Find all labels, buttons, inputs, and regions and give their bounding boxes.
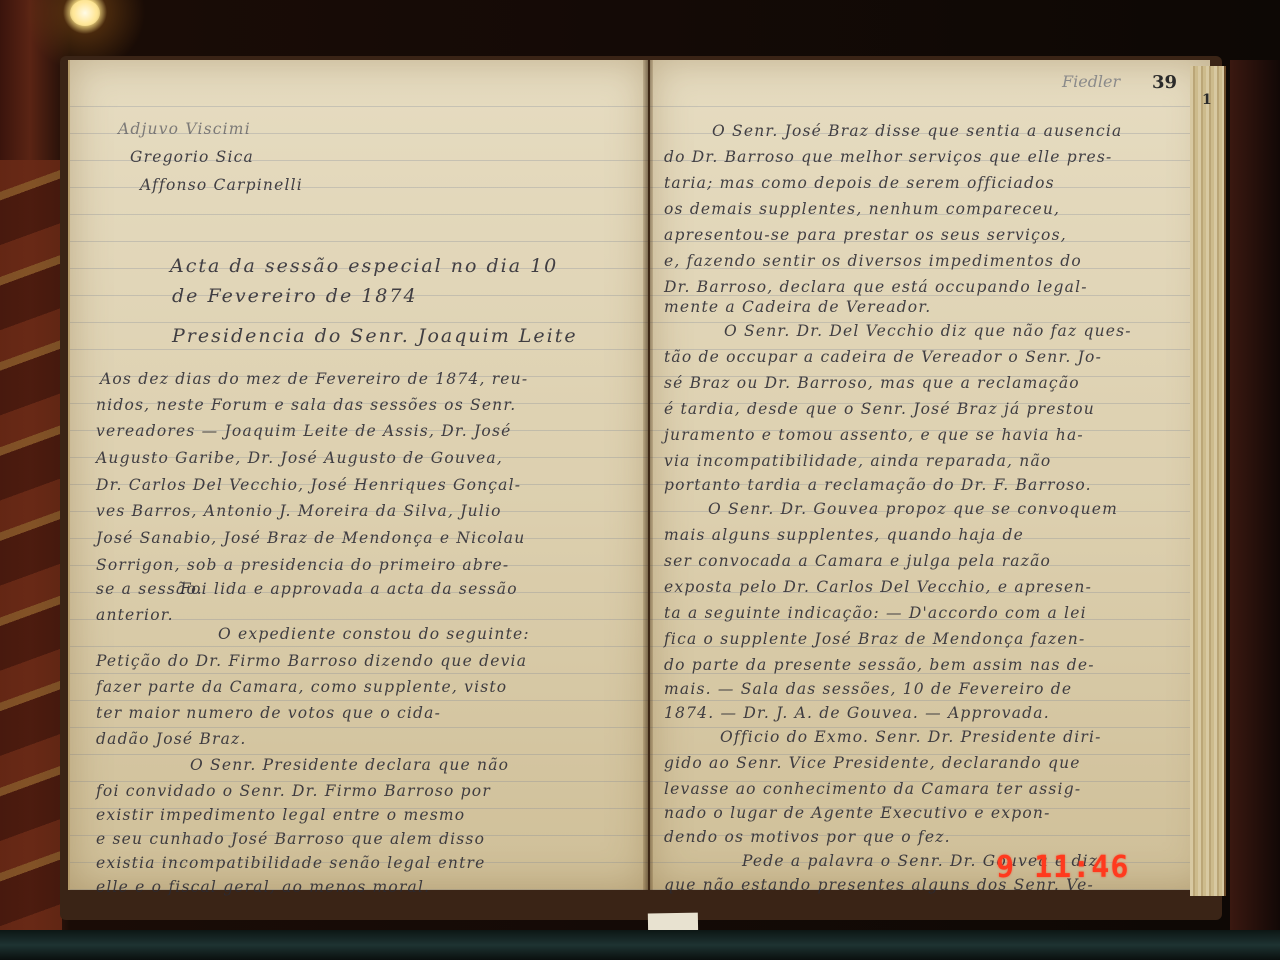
text-line: ser convocada a Camara e julga pela razã… bbox=[664, 552, 1051, 570]
text-line: do Dr. Barroso que melhor serviços que e… bbox=[664, 148, 1112, 166]
text-line: vereadores — Joaquim Leite de Assis, Dr.… bbox=[96, 422, 511, 440]
signature-line: Affonso Carpinelli bbox=[140, 176, 303, 194]
text-line: Augusto Garibe, Dr. José Augusto de Gouv… bbox=[96, 449, 503, 467]
minutes-title: Acta da sessão especial no dia 10 bbox=[170, 255, 558, 277]
camera-timestamp: 9 11:46 bbox=[996, 850, 1129, 885]
text-line: O expediente constou do seguinte: bbox=[218, 625, 530, 643]
text-line: apresentou-se para prestar os seus servi… bbox=[664, 226, 1067, 244]
text-line: O Senr. Dr. Del Vecchio diz que não faz … bbox=[724, 322, 1132, 340]
text-line: mais. — Sala das sessões, 10 de Fevereir… bbox=[664, 680, 1072, 698]
text-line: Sorrigon, sob a presidencia do primeiro … bbox=[96, 556, 509, 574]
text-line: e, fazendo sentir os diversos impediment… bbox=[664, 252, 1082, 270]
text-line: O Senr. Presidente declara que não bbox=[190, 756, 509, 774]
text-line: do parte da presente sessão, bem assim n… bbox=[664, 656, 1095, 674]
text-line: levasse ao conhecimento da Camara ter as… bbox=[664, 780, 1081, 798]
text-line: O Senr. José Braz disse que sentia a aus… bbox=[712, 122, 1122, 140]
text-line: tão de occupar a cadeira de Vereador o S… bbox=[664, 348, 1102, 366]
display-case-edge bbox=[0, 930, 1280, 960]
text-line: existir impedimento legal entre o mesmo bbox=[96, 806, 465, 824]
signature-line: Adjuvo Viscimi bbox=[118, 120, 251, 138]
text-line: sé Braz ou Dr. Barroso, mas que a reclam… bbox=[664, 374, 1080, 392]
text-line: Foi lida e approvada a acta da sessão bbox=[180, 580, 518, 598]
presidency-heading: Presidencia do Senr. Joaquim Leite bbox=[172, 325, 578, 347]
text-line: Petição do Dr. Firmo Barroso dizendo que… bbox=[96, 652, 527, 670]
text-line: O Senr. Dr. Gouvea propoz que se convoqu… bbox=[708, 500, 1118, 518]
text-line: juramento e tomou assento, e que se havi… bbox=[664, 426, 1084, 444]
text-line: é tardia, desde que o Senr. José Braz já… bbox=[664, 400, 1095, 418]
text-line: ta a seguinte indicação: — D'accordo com… bbox=[664, 604, 1087, 622]
text-line: Aos dez dias do mez de Fevereiro de 1874… bbox=[100, 370, 528, 388]
text-line: elle e o fiscal geral, ao menos moral. bbox=[96, 878, 430, 896]
text-line: nidos, neste Forum e sala das sessões os… bbox=[96, 396, 516, 414]
text-line: existia incompatibilidade senão legal en… bbox=[96, 854, 486, 872]
text-line: taria; mas como depois de serem officiad… bbox=[664, 174, 1055, 192]
text-line: Officio do Exmo. Senr. Dr. Presidente di… bbox=[720, 728, 1102, 746]
text-line: anterior. bbox=[96, 606, 174, 624]
text-line: portanto tardia a reclamação do Dr. F. B… bbox=[664, 476, 1092, 494]
text-line: ves Barros, Antonio J. Moreira da Silva,… bbox=[96, 502, 502, 520]
text-line: ter maior numero de votos que o cida- bbox=[96, 704, 441, 722]
book-gutter bbox=[643, 60, 653, 890]
text-line: Dr. Barroso, declara que está occupando … bbox=[664, 278, 1088, 296]
text-line: exposta pelo Dr. Carlos Del Vecchio, e a… bbox=[664, 578, 1092, 596]
text-line: e seu cunhado José Barroso que alem diss… bbox=[96, 830, 485, 848]
signature-line: Gregorio Sica bbox=[130, 148, 254, 166]
text-line: José Sanabio, José Braz de Mendonça e Ni… bbox=[96, 529, 525, 547]
page-edges bbox=[1190, 66, 1226, 896]
carpet-pattern-left bbox=[0, 160, 62, 960]
section-marker: 1 bbox=[1202, 92, 1212, 108]
text-line: dendo os motivos por que o fez. bbox=[664, 828, 951, 846]
carpet-pattern-right bbox=[1230, 60, 1280, 960]
minutes-title: de Fevereiro de 1874 bbox=[172, 285, 418, 307]
text-line: dadão José Braz. bbox=[96, 730, 247, 748]
text-line: foi convidado o Senr. Dr. Firmo Barroso … bbox=[96, 782, 491, 800]
text-line: mente a Cadeira de Vereador. bbox=[664, 298, 931, 316]
text-line: mais alguns supplentes, quando haja de bbox=[664, 526, 1024, 544]
text-line: nado o lugar de Agente Executivo e expon… bbox=[664, 804, 1051, 822]
text-line: Dr. Carlos Del Vecchio, José Henriques G… bbox=[96, 476, 521, 494]
text-line: via incompatibilidade, ainda reparada, n… bbox=[664, 452, 1051, 470]
pencil-annotation: Fiedler bbox=[1062, 72, 1120, 91]
text-line: 1874. — Dr. J. A. de Gouvea. — Approvada… bbox=[664, 704, 1050, 722]
text-line: fica o supplente José Braz de Mendonça f… bbox=[664, 630, 1085, 648]
text-line: gido ao Senr. Vice Presidente, declarand… bbox=[664, 754, 1081, 772]
lamp-light bbox=[70, 0, 100, 26]
text-line: os demais supplentes, nenhum compareceu, bbox=[664, 200, 1060, 218]
page-number: 39 bbox=[1152, 72, 1177, 93]
text-line: fazer parte da Camara, como supplente, v… bbox=[96, 678, 507, 696]
